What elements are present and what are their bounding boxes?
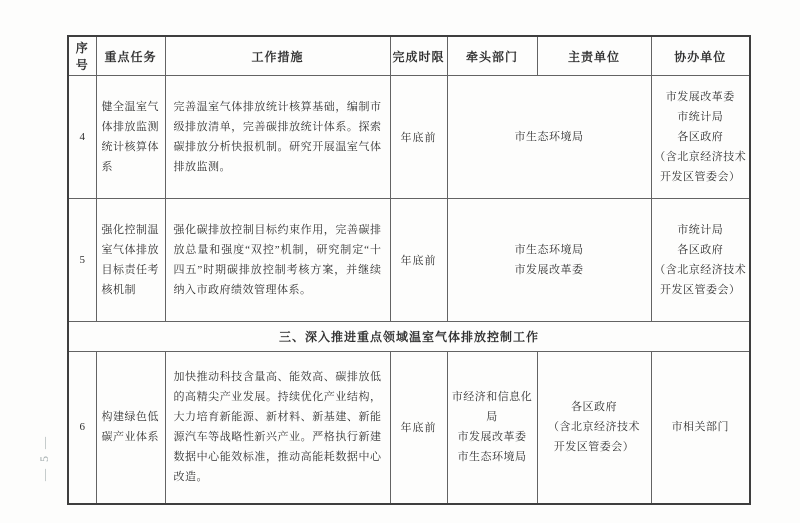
col-header-measures: 工作措施: [165, 36, 390, 76]
cell-lead-and-main: 市生态环境局: [447, 76, 651, 199]
cell-deadline: 年底前: [390, 199, 447, 322]
cell-measures: 强化碳排放控制目标约束作用，完善碳排放总量和强度“双控”机制，研究制定“十四五”…: [165, 199, 390, 322]
table-row-4: 4 健全温室气体排放监测统计核算体系 完善温室气体排放统计核算基础，编制市级排放…: [68, 76, 750, 199]
col-header-support-unit: 协办单位: [651, 36, 750, 76]
col-header-deadline: 完成时限: [390, 36, 447, 76]
cell-task: 健全温室气体排放监测统计核算体系: [96, 76, 165, 199]
section-header-title: 三、深入推进重点领域温室气体排放控制工作: [68, 322, 750, 352]
col-header-lead-dept: 牵头部门: [447, 36, 537, 76]
table-row-6: 6 构建绿色低碳产业体系 加快推动科技含量高、能效高、碳排放低的高精尖产业发展。…: [68, 352, 750, 504]
cell-support: 市统计局 各区政府 （含北京经济技术 开发区管委会）: [651, 199, 750, 322]
work-plan-table: 序号 重点任务 工作措施 完成时限 牵头部门 主责单位 协办单位 4 健全温室气…: [67, 35, 751, 505]
page-number: — 5 —: [37, 417, 57, 499]
table-header-row: 序号 重点任务 工作措施 完成时限 牵头部门 主责单位 协办单位: [68, 36, 750, 76]
cell-lead-and-main: 市生态环境局 市发展改革委: [447, 199, 651, 322]
cell-measures: 加快推动科技含量高、能效高、碳排放低的高精尖产业发展。持续优化产业结构，大力培育…: [165, 352, 390, 504]
cell-serial: 6: [68, 352, 96, 504]
col-header-task: 重点任务: [96, 36, 165, 76]
table-row-5: 5 强化控制温室气体排放目标责任考核机制 强化碳排放控制目标约束作用，完善碳排放…: [68, 199, 750, 322]
col-header-serial: 序号: [68, 36, 96, 76]
col-header-main-unit: 主责单位: [537, 36, 651, 76]
cell-main: 各区政府 （含北京经济技术 开发区管委会）: [537, 352, 651, 504]
cell-serial: 4: [68, 76, 96, 199]
section-header-row: 三、深入推进重点领域温室气体排放控制工作: [68, 322, 750, 352]
cell-serial: 5: [68, 199, 96, 322]
cell-deadline: 年底前: [390, 76, 447, 199]
cell-support: 市发展改革委 市统计局 各区政府 （含北京经济技术 开发区管委会）: [651, 76, 750, 199]
cell-measures: 完善温室气体排放统计核算基础，编制市级排放清单，完善碳排放统计体系。探索碳排放分…: [165, 76, 390, 199]
document-page: — 5 — 序号 重点任务 工作措施 完成时限 牵头部门 主责单位 协办单位 4…: [0, 0, 800, 523]
cell-deadline: 年底前: [390, 352, 447, 504]
cell-task: 构建绿色低碳产业体系: [96, 352, 165, 504]
cell-lead: 市经济和信息化局 市发展改革委 市生态环境局: [447, 352, 537, 504]
cell-support: 市相关部门: [651, 352, 750, 504]
cell-task: 强化控制温室气体排放目标责任考核机制: [96, 199, 165, 322]
